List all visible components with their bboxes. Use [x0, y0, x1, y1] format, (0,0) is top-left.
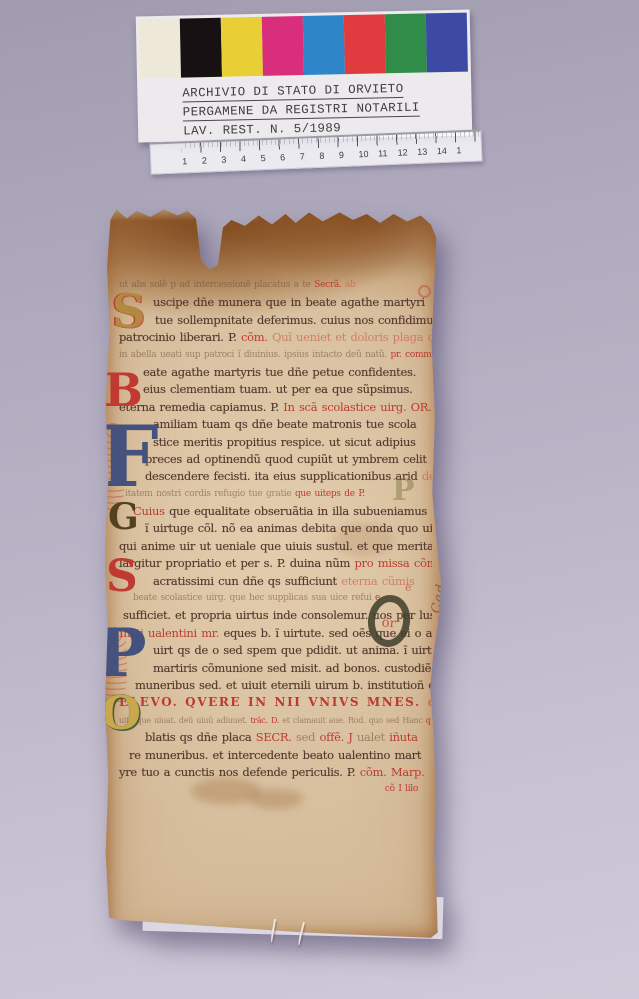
initial-s-gold: S	[112, 288, 145, 334]
manuscript-text-segment: q	[428, 695, 432, 709]
manuscript-text-segment: blatis qs dñe placa	[145, 730, 256, 744]
manuscript-text-segment: pro missa cõmunionẽ ui	[354, 556, 432, 570]
ruler-number: 3	[221, 155, 226, 165]
ruler-number: 10	[358, 149, 368, 159]
manuscript-line: tue sollempnitate deferimus. cuius nos c…	[119, 312, 432, 329]
unburned-rim	[103, 193, 258, 221]
manuscript-text-segment: tue sollempnitate deferimus. cuius nos c…	[155, 313, 432, 327]
ruler-number: 13	[417, 147, 427, 157]
manuscript-line: acratissimi cun dñe qs sufficiunt eterna…	[119, 573, 432, 590]
ruler-number: 11	[378, 148, 388, 158]
initial-s-red: S	[106, 555, 138, 599]
manuscript-line: re muneribus. et intercedente beato uale…	[119, 747, 432, 764]
manuscript-text-segment: ĩ uirtuge cõl. nõ ea animas debita que o…	[145, 521, 432, 535]
red-circle-ornament	[418, 285, 431, 298]
manuscript-text-segment: Quĩ ueniet et doloris plaga cuius se	[272, 330, 432, 344]
manuscript-text-segment: sed	[296, 730, 320, 744]
ruler-number: 6	[280, 152, 285, 162]
manuscript-line: itatem nostri cordis refugio tue gratie …	[119, 486, 432, 503]
manuscript-line: blatis qs dñe placa SECR. sed offẽ. J ua…	[119, 729, 432, 746]
manuscript-text-segment: acratissimi cun dñe qs sufficiunt	[153, 574, 341, 588]
ruler-number: 9	[339, 150, 344, 160]
manuscript-text-segment: ab	[342, 280, 356, 290]
manuscript-text-segment: ualet	[357, 730, 389, 744]
manuscript-line: ut abs solẽ p ad intercessionẽ placatus …	[119, 277, 432, 294]
manuscript-line: patrocinio liberari. P. cõm. Quĩ ueniet …	[119, 329, 432, 346]
manuscript-text-segment: yre tuo a cunctis nos defende periculis.…	[119, 765, 360, 779]
ruler-number: 2	[202, 155, 207, 165]
ruler-number: 14	[437, 146, 447, 156]
manuscript-text-segment: in abella ueati sup patroci ĩ diuinius. …	[119, 350, 391, 360]
color-swatch-cyan	[303, 15, 345, 75]
manuscript-line: preces ad optinendũ quod cupiũt ut ymbre…	[119, 451, 432, 468]
manuscript-text-segment: ut abs solẽ p ad intercessionẽ placatus …	[119, 280, 314, 290]
manuscript-text-segment: qui anime uir ut ueniale que uiuis sustu…	[119, 539, 432, 553]
manuscript-line: qui anime uir ut ueniale que uiuis sustu…	[119, 538, 432, 555]
ruler-number: 12	[397, 147, 407, 157]
manuscript-line: muneribus sed. et uiuit eternili uirum b…	[119, 677, 432, 694]
color-swatch-yellow	[221, 17, 263, 77]
manuscript-line: ĩ uirtuge cõl. nõ ea animas debita que o…	[119, 520, 432, 537]
manuscript-text-segment: largitur propriatio et per s. P. duina n…	[119, 556, 354, 570]
manuscript-line: Cuius que equalitate obseruãtia in illa …	[119, 503, 432, 520]
manuscript-text-segment: beate scolastice uirg. que hec supplicas…	[133, 593, 375, 603]
manuscript-text-segment: del P.	[418, 469, 432, 483]
color-swatch-green	[385, 13, 427, 73]
ruler-number: 1	[182, 156, 187, 166]
initial-g-olive: G	[108, 499, 139, 535]
initial-o-gold: O	[101, 690, 141, 736]
red-mark: e	[405, 581, 412, 594]
manuscript-text-segment: Secrã.	[314, 280, 341, 290]
manuscript-line: uscipe dñe munera que in beate agathe ma…	[119, 294, 432, 311]
color-swatch-black	[180, 18, 222, 78]
parchment: ut abs solẽ p ad intercessionẽ placatus …	[103, 193, 441, 943]
manuscript-line: in abella ueati sup patroci ĩ diuinius. …	[119, 347, 432, 364]
manuscript-text-segment: amiliam tuam qs dñe beate matronis tue s…	[153, 417, 416, 431]
manuscript-line: yre tuo a cunctis nos defende periculis.…	[119, 764, 432, 781]
manuscript-text-segment: descendere fecisti. ita eius supplicatio…	[145, 469, 418, 483]
manuscript-text-segment: que uiteps de P.	[295, 489, 365, 499]
manuscript-text-segment: preces ad optinendũ quod cupiũt ut ymbre…	[145, 452, 427, 466]
ruler-number: 1	[456, 145, 461, 155]
manuscript-line: eterna remedia capiamus. P. In scã scola…	[119, 399, 432, 416]
manuscript-line: stice meritis propitius respice. ut sicu…	[119, 434, 432, 451]
ruler-number: 7	[300, 151, 305, 161]
manuscript-text-segment: SECR.	[256, 730, 296, 744]
ruler-number: 8	[319, 151, 324, 161]
parchment-leaf: ut abs solẽ p ad intercessionẽ placatus …	[103, 193, 441, 943]
manuscript-text-segment: trãc. D.	[250, 716, 282, 725]
color-swatch-white	[139, 19, 181, 79]
manuscript-text-segment: cõ I lilo	[385, 784, 418, 794]
manuscript-text-segment: et clamauit aue. Rod. quo sed Hanc	[282, 716, 425, 725]
initial-faint-olive: P	[392, 476, 415, 506]
manuscript-text-segment: uscipe dñe munera que in beate agathe ma…	[153, 295, 425, 309]
initial-f-blue: F	[99, 415, 159, 499]
manuscript-line: amiliam tuam qs dñe beate matronis tue s…	[119, 416, 432, 433]
manuscript-line: uite que uiuat. deũ uiuũ adiuuet. trãc. …	[119, 712, 432, 729]
color-swatch-blue	[426, 13, 468, 73]
manuscript-text-segment: eius clementiam tuam. ut per ea que sũps…	[143, 382, 412, 396]
manuscript-line: eius clementiam tuam. ut per ea que sũps…	[119, 381, 432, 398]
initial-p-blue: P	[97, 620, 147, 686]
manuscript-text-segment: ELEVO. QVERE IN NII VNIVS MNES.	[119, 695, 428, 709]
text-block: ut abs solẽ p ad intercessionẽ placatus …	[119, 277, 432, 799]
manuscript-text-segment: cõm. Marp.	[360, 765, 425, 779]
ruler-number: 5	[260, 153, 265, 163]
color-bar	[139, 13, 468, 79]
manuscript-text-segment: re muneribus. et intercedente beato uale…	[129, 748, 421, 762]
archive-label-card: ARCHIVIO DI STATO DI ORVIETO PERGAMENE D…	[136, 10, 473, 143]
photo-stage: ARCHIVIO DI STATO DI ORVIETO PERGAMENE D…	[0, 0, 639, 999]
manuscript-text-segment: martiris cõmunione sed misit. ad bonos. …	[153, 661, 432, 675]
manuscript-line: cõ I lilo	[119, 781, 432, 798]
manuscript-text-segment: In scã scolastice uirg. OR.	[283, 400, 431, 414]
manuscript-text-segment: iñuta	[389, 730, 417, 744]
manuscript-text-segment: pr. communioñ.	[391, 350, 432, 360]
manuscript-line: martiris cõmunione sed misit. ad bonos. …	[119, 660, 432, 677]
ring-inner-text: or	[381, 615, 397, 631]
manuscript-text-segment: muneribus sed. et uiuit eternili uirum b…	[135, 678, 432, 692]
manuscript-text-segment: secr.	[431, 504, 432, 518]
manuscript-text-segment: eterna cũmis	[341, 574, 414, 588]
manuscript-text-segment: offẽ. J	[320, 730, 357, 744]
manuscript-text-segment: stice meritis propitius respice. ut sicu…	[153, 435, 416, 449]
color-swatch-magenta	[262, 16, 304, 76]
manuscript-text-segment: cõm.	[241, 330, 272, 344]
manuscript-line: descendere fecisti. ita eius supplicatio…	[119, 468, 432, 485]
manuscript-line: eate agathe martyris tue dñe petue confi…	[119, 364, 432, 381]
color-swatch-red	[344, 14, 386, 74]
ruler-number: 4	[241, 154, 246, 164]
manuscript-text-segment: q	[426, 716, 431, 725]
manuscript-text-segment: eate agathe martyris tue dñe petue confi…	[143, 365, 416, 379]
manuscript-line: ELEVO. QVERE IN NII VNIVS MNES. q	[119, 694, 432, 711]
manuscript-line: largitur propriatio et per s. P. duina n…	[119, 555, 432, 572]
